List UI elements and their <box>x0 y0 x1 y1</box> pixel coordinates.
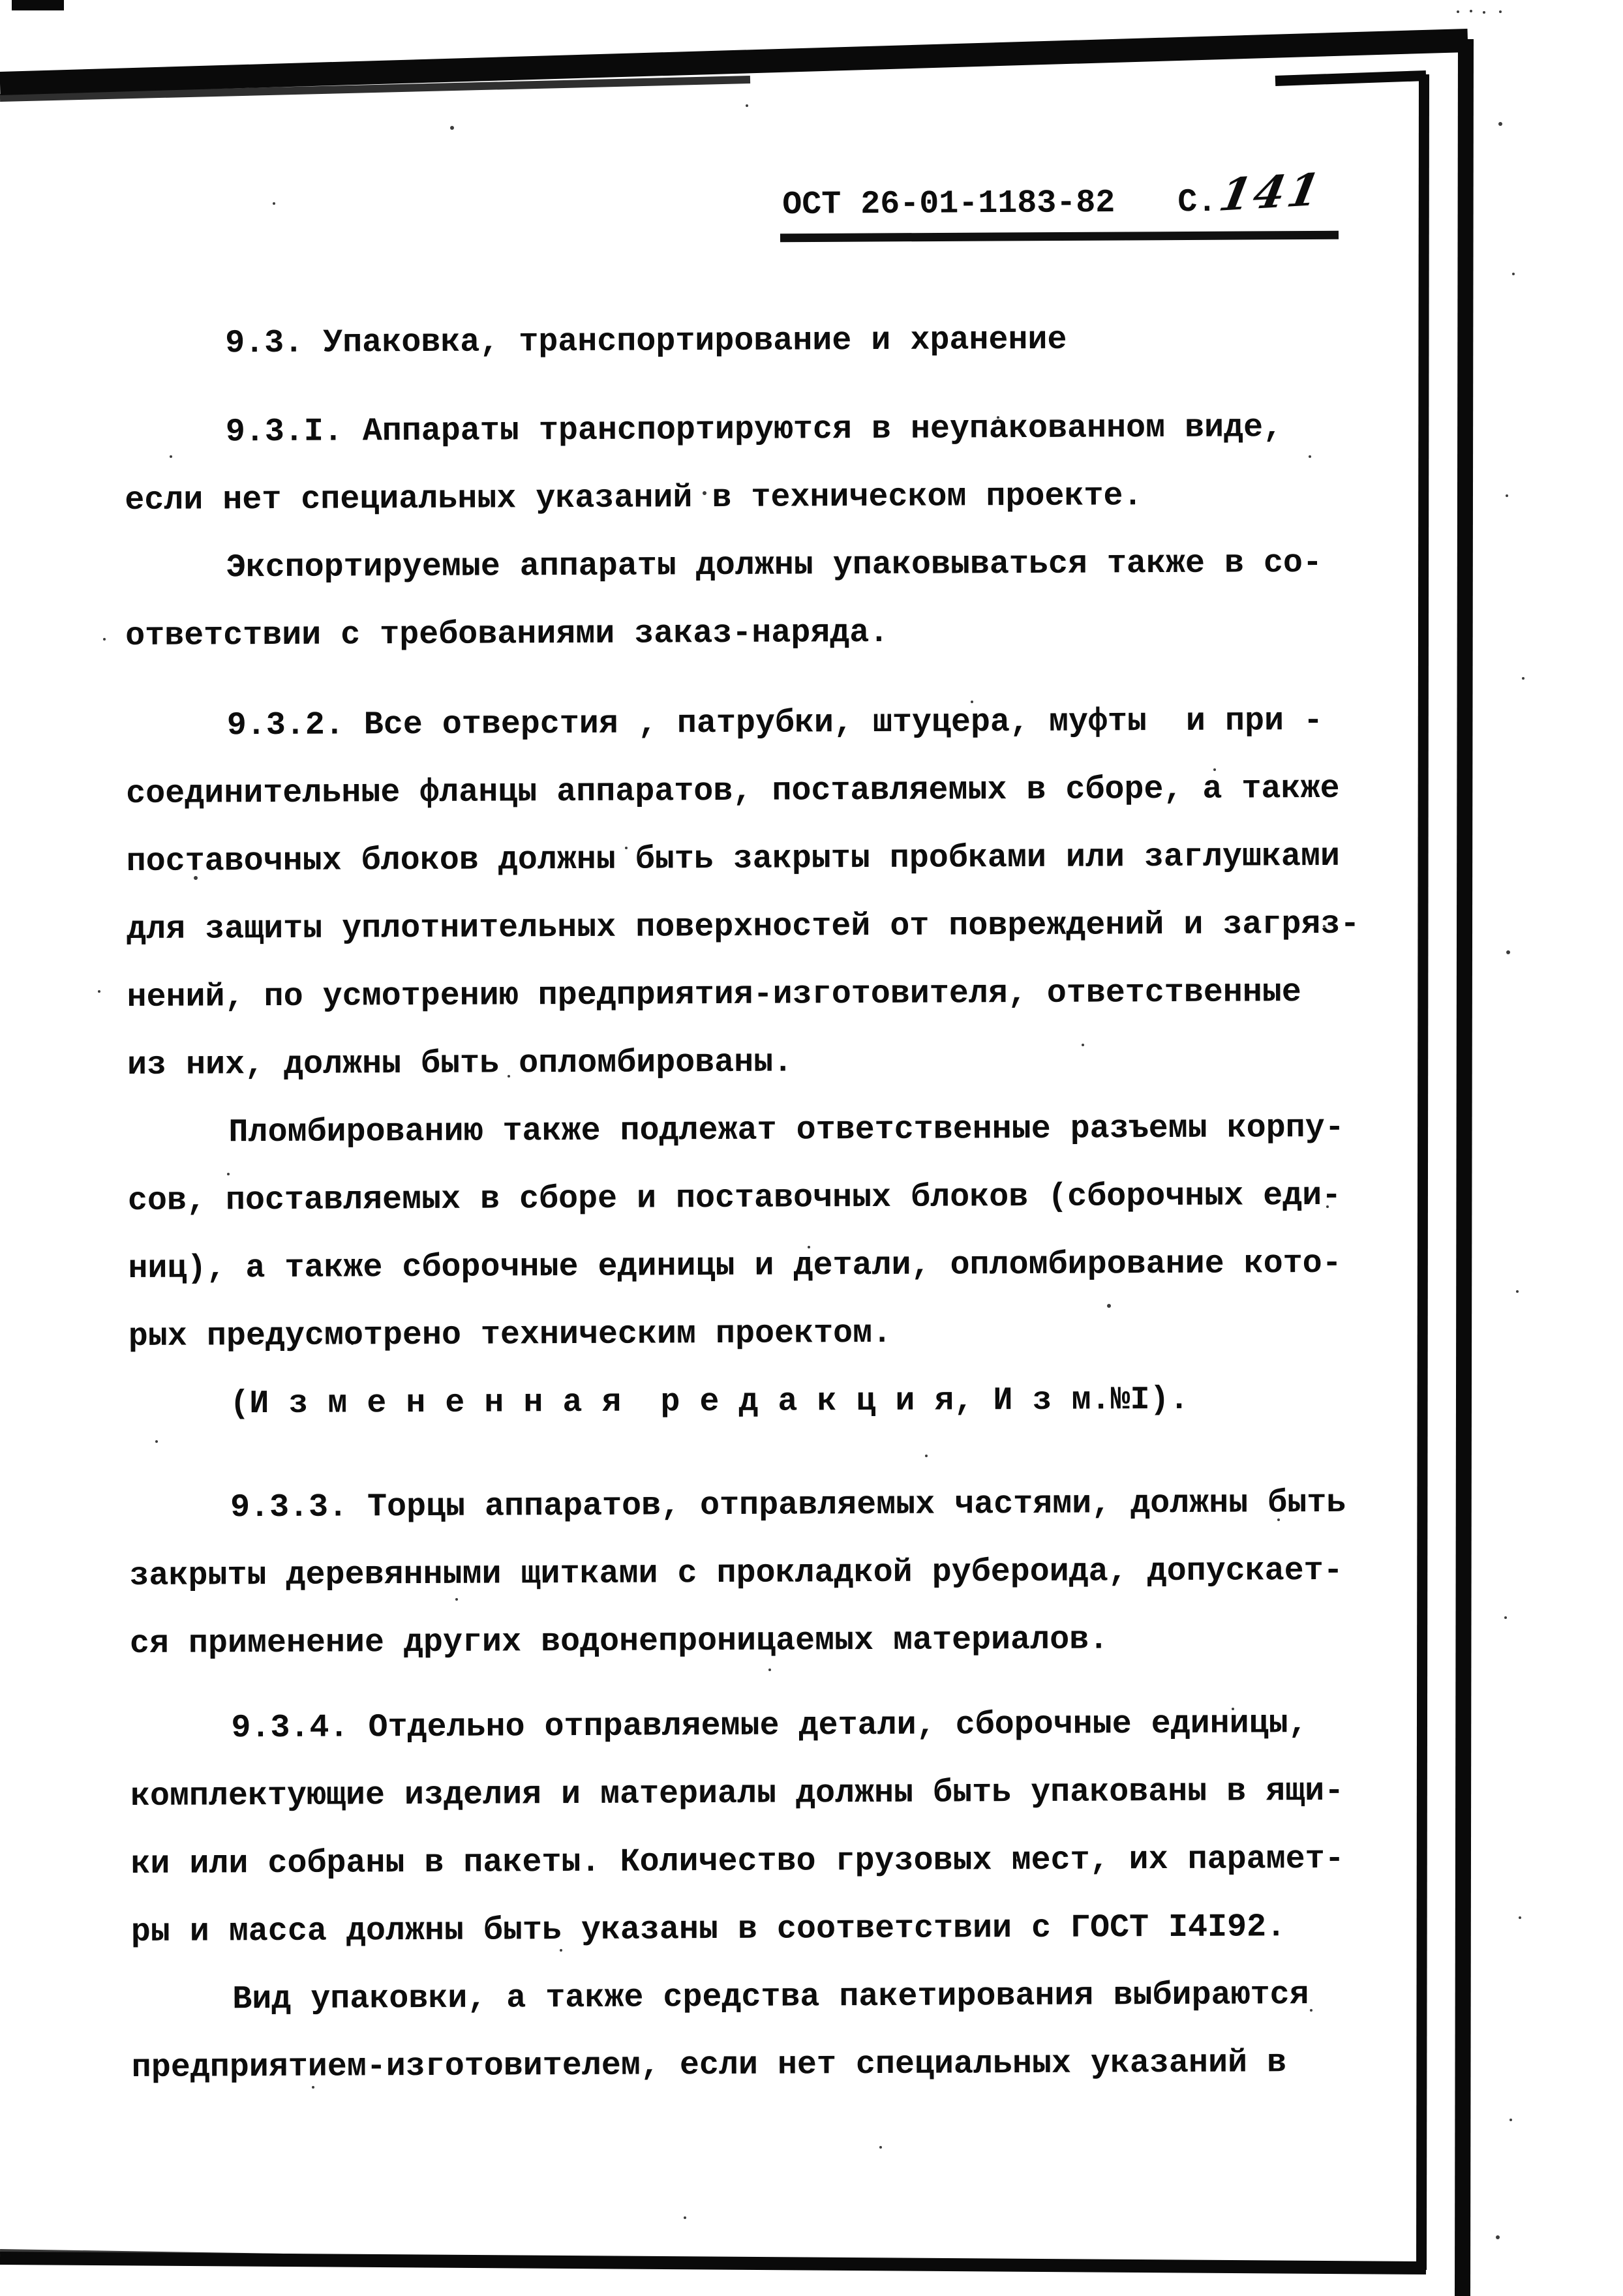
text-line: Экспортируемые аппараты должны упаковыва… <box>125 529 1404 603</box>
text-line: поставочных блоков должны быть закрыты п… <box>126 823 1404 896</box>
text-line: (И з м е н е н н а я р е д а к ц и я, И … <box>129 1365 1407 1439</box>
text-line: ответствии с требованиями заказ-наряда. <box>125 597 1404 671</box>
text-line: ся применение других водонепроницаемых м… <box>130 1605 1408 1678</box>
corner-mark <box>12 0 64 10</box>
standard-number: ОСТ 26-01-1183-82 <box>782 185 1115 224</box>
text-line: из них, должны быть опломбированы. <box>127 1026 1406 1100</box>
text-line: ки или собраны в пакеты. Количество груз… <box>130 1825 1409 1899</box>
text-line: ниц), а также сборочные единицы и детали… <box>128 1230 1406 1303</box>
text-line: соединительные фланцы аппаратов, поставл… <box>126 755 1404 828</box>
inner-bottom-border <box>0 2258 1426 2268</box>
paragraph: 9.3.4. Отдельно отправляемые детали, сбо… <box>130 1689 1410 1967</box>
bottom-edge-ragged <box>0 2252 404 2258</box>
page-header: ОСТ 26-01-1183-82С.141 <box>782 174 1318 226</box>
text-line: 9.3.3. Торцы аппаратов, отправляемых час… <box>129 1469 1408 1543</box>
paragraph: 9.3.3. Торцы аппаратов, отправляемых час… <box>129 1469 1408 1678</box>
paragraph: Пломбированию также подлежат ответственн… <box>127 1094 1407 1371</box>
text-line: ры и масса должны быть указаны в соответ… <box>131 1893 1410 1967</box>
text-line: сов, поставляемых в сборе и поставочных … <box>128 1162 1406 1235</box>
text-line: предприятием-изготовителем, если нет спе… <box>132 2029 1410 2102</box>
page-label: С. <box>1177 184 1217 221</box>
paragraph: 9.3.2. Все отверстия , патрубки, штуцера… <box>126 687 1406 1100</box>
paragraph-amendment-note: (И з м е н е н н а я р е д а к ц и я, И … <box>129 1365 1407 1439</box>
body-text: 9.3. Упаковка, транспортирование и хране… <box>124 305 1410 2102</box>
text-line: Пломбированию также подлежат ответственн… <box>127 1094 1406 1168</box>
inner-top-border <box>1275 76 1426 81</box>
text-line: рых предусмотрено техническим проектом. <box>129 1297 1407 1371</box>
text-line: 9.3.I. Аппараты транспортируются в неупа… <box>125 393 1403 467</box>
text-line: 9.3.4. Отдельно отправляемые детали, сбо… <box>130 1689 1408 1763</box>
text-line: закрыты деревянными щитками с прокладкой… <box>129 1537 1408 1610</box>
top-edge-bar <box>0 40 1468 83</box>
text-line: для защиты уплотнительных поверхностей о… <box>127 890 1405 964</box>
handwritten-page-number: 141 <box>1216 169 1326 217</box>
paragraph: Экспортируемые аппараты должны упаковыва… <box>125 529 1404 671</box>
section-heading: 9.3. Упаковка, транспортирование и хране… <box>124 305 1403 378</box>
header-gap <box>1115 211 1177 211</box>
text-line: комплектующие изделия и материалы должны… <box>130 1757 1409 1831</box>
paragraph: Вид упаковки, а также средства пакетиров… <box>131 1961 1410 2102</box>
inner-right-border <box>1421 74 1424 2270</box>
text-line: нений, по усмотрению предприятия-изготов… <box>127 958 1405 1032</box>
paragraph: 9.3.I. Аппараты транспортируются в неупа… <box>125 393 1404 535</box>
header-underline <box>780 231 1339 242</box>
outer-right-border <box>1463 39 1466 2296</box>
text-line: 9.3.2. Все отверстия , патрубки, штуцера… <box>126 687 1404 761</box>
top-edge-bar-ragged <box>0 80 750 98</box>
text-line: если нет специальных указаний в техничес… <box>125 461 1403 535</box>
document-page: ОСТ 26-01-1183-82С.141 9.3. Упаковка, тр… <box>0 0 1623 2296</box>
text-line: Вид упаковки, а также средства пакетиров… <box>131 1961 1410 2034</box>
